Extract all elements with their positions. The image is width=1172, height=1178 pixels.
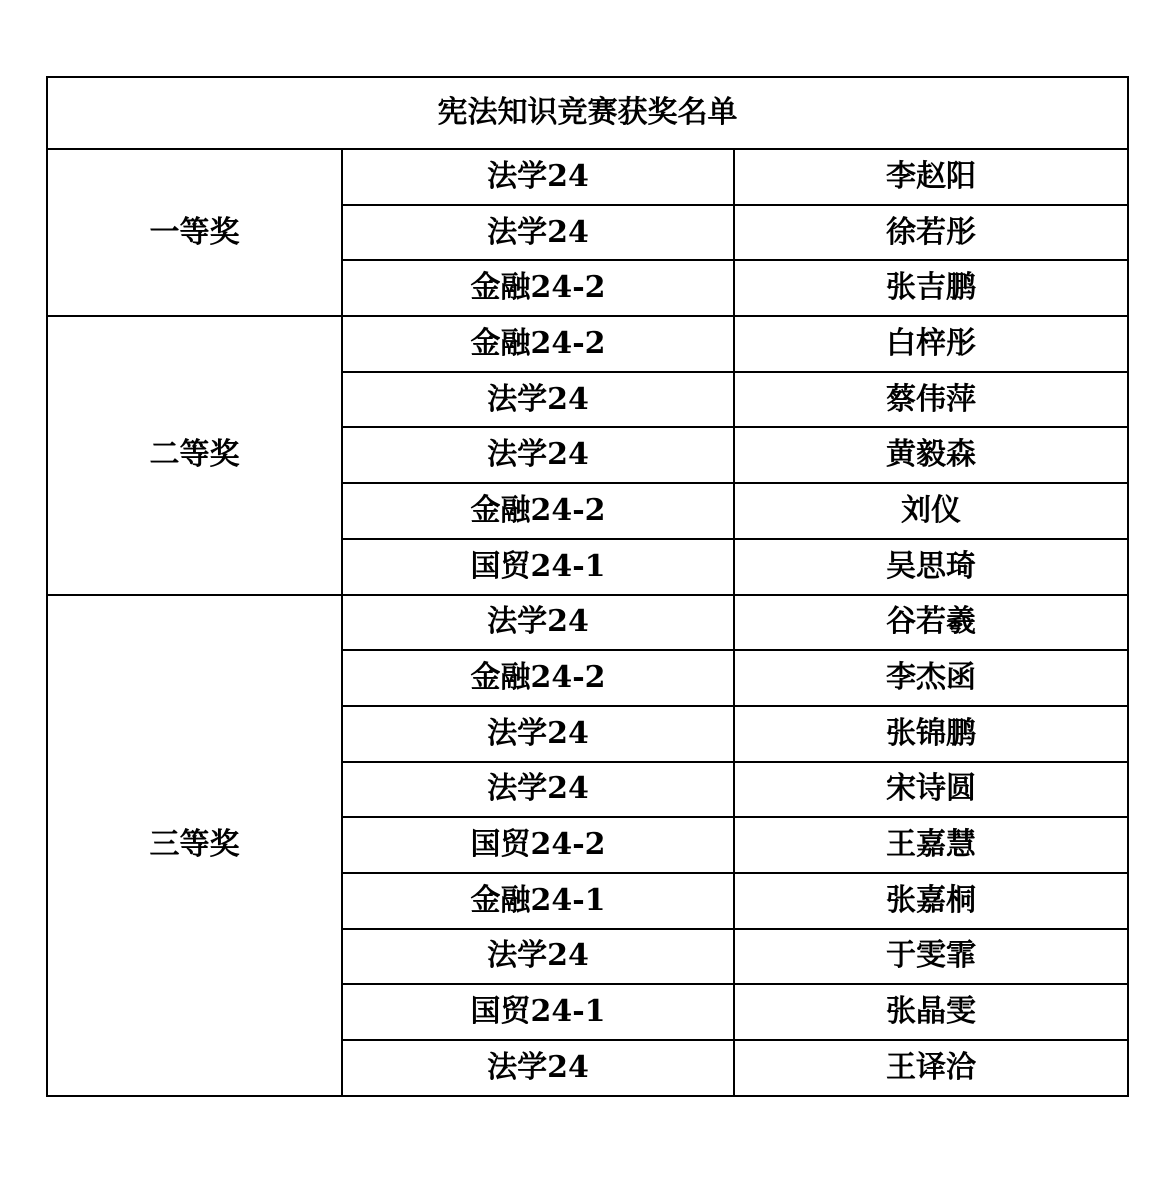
winner-name-cell: 张嘉桐 [734, 873, 1128, 929]
class-cell: 法学24 [342, 205, 734, 261]
award-list-table: 宪法知识竞赛获奖名单 一等奖法学24李赵阳法学24徐若彤金融24-2张吉鹏二等奖… [46, 76, 1129, 1097]
class-cell: 金融24-1 [342, 873, 734, 929]
class-cell: 国贸24-1 [342, 984, 734, 1040]
winner-name-cell: 张吉鹏 [734, 260, 1128, 316]
class-cell: 国贸24-2 [342, 817, 734, 873]
class-cell: 金融24-2 [342, 483, 734, 539]
class-cell: 国贸24-1 [342, 539, 734, 595]
class-cell: 法学24 [342, 1040, 734, 1096]
class-cell: 法学24 [342, 762, 734, 818]
class-cell: 法学24 [342, 929, 734, 985]
prize-level-cell: 一等奖 [47, 149, 342, 316]
winner-name-cell: 徐若彤 [734, 205, 1128, 261]
winner-name-cell: 张晶雯 [734, 984, 1128, 1040]
class-cell: 金融24-2 [342, 316, 734, 372]
winner-name-cell: 刘仪 [734, 483, 1128, 539]
winner-name-cell: 谷若羲 [734, 595, 1128, 651]
winner-name-cell: 宋诗圆 [734, 762, 1128, 818]
winner-name-cell: 白梓彤 [734, 316, 1128, 372]
class-cell: 金融24-2 [342, 260, 734, 316]
winner-name-cell: 蔡伟萍 [734, 372, 1128, 428]
table-row: 三等奖法学24谷若羲 [47, 595, 1128, 651]
table-title: 宪法知识竞赛获奖名单 [47, 77, 1128, 149]
class-cell: 法学24 [342, 149, 734, 205]
table-row: 一等奖法学24李赵阳 [47, 149, 1128, 205]
class-cell: 法学24 [342, 427, 734, 483]
class-cell: 金融24-2 [342, 650, 734, 706]
winner-name-cell: 李杰函 [734, 650, 1128, 706]
winner-name-cell: 王译洽 [734, 1040, 1128, 1096]
class-cell: 法学24 [342, 595, 734, 651]
winner-name-cell: 黄毅森 [734, 427, 1128, 483]
class-cell: 法学24 [342, 372, 734, 428]
prize-level-cell: 二等奖 [47, 316, 342, 594]
class-cell: 法学24 [342, 706, 734, 762]
winner-name-cell: 张锦鹏 [734, 706, 1128, 762]
winner-name-cell: 吴思琦 [734, 539, 1128, 595]
prize-level-cell: 三等奖 [47, 595, 342, 1096]
winner-name-cell: 李赵阳 [734, 149, 1128, 205]
winner-name-cell: 于雯霏 [734, 929, 1128, 985]
winner-name-cell: 王嘉慧 [734, 817, 1128, 873]
table-row: 二等奖金融24-2白梓彤 [47, 316, 1128, 372]
title-row: 宪法知识竞赛获奖名单 [47, 77, 1128, 149]
